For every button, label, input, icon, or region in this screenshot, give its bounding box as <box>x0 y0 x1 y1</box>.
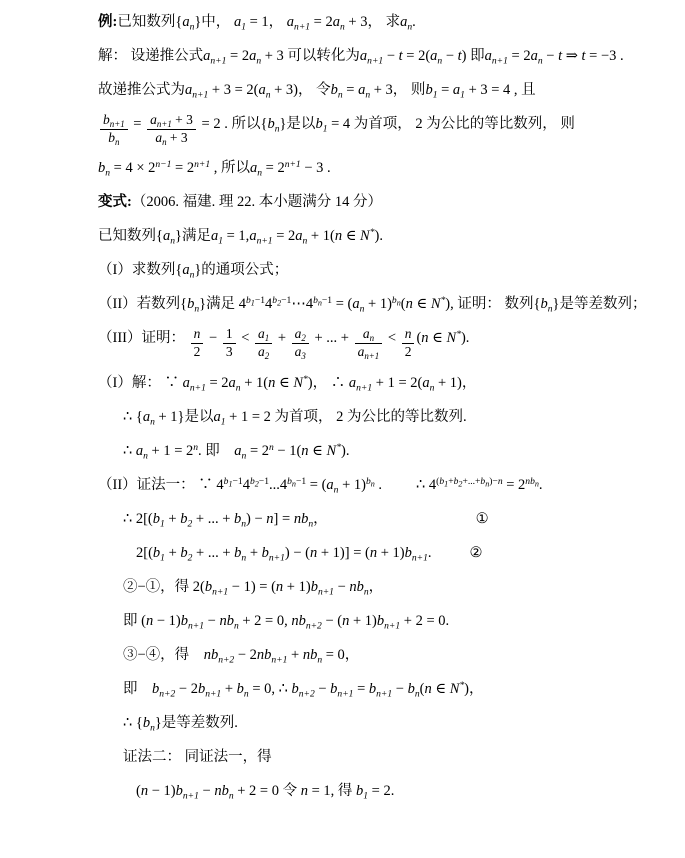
text-run: = ( <box>306 477 326 493</box>
superscript: n+1 <box>285 159 301 170</box>
math-variable: b <box>291 681 298 697</box>
fraction: a2a3 <box>292 326 309 361</box>
text-run: = 2 <box>262 160 285 176</box>
fraction-denominator: 2 <box>191 344 204 361</box>
text-run: = −3 . <box>586 48 624 64</box>
text-run: + 3 <box>167 130 188 145</box>
superscript: n−1 <box>155 159 171 170</box>
part2-proof1-line3: 即 (n − 1)bn+1 − nbn + 2 = 0, nbn+2 − (n … <box>123 609 685 634</box>
text-run: + 1 = 2 <box>148 443 193 459</box>
text-run: ② <box>469 545 482 561</box>
text-run: + 1 = 2 为首项， 2 为公比的等比数列. <box>226 409 467 425</box>
text-run: ] = <box>274 511 294 527</box>
subscript: n <box>115 137 119 147</box>
subscript: n+1 <box>188 621 204 632</box>
text-run: ... <box>269 477 280 493</box>
text-run: + 3 = 4 , 且 <box>465 82 536 98</box>
text-run: − <box>204 613 219 629</box>
text-run: 解： 设递推公式 <box>98 48 203 64</box>
subscript: n+1 <box>356 383 372 394</box>
superscript: bn <box>366 476 375 487</box>
text-run: ). <box>461 330 469 346</box>
text-run: + 1( <box>241 375 269 391</box>
text-run: ① <box>476 511 489 527</box>
text-run: = 4 为首项， 2 为公比的等比数列， 则 <box>327 116 574 132</box>
math-variable: b <box>311 579 318 595</box>
math-variable: a <box>333 14 340 30</box>
superscript: n+1 <box>194 159 210 170</box>
text-run: ， <box>313 511 328 527</box>
part1-question: （I）求数列{an}的通项公式； <box>98 258 685 283</box>
subscript: n+1 <box>384 621 400 632</box>
superscript: bn <box>392 295 401 306</box>
text-run: ， <box>369 579 384 595</box>
superscript: bn−1 <box>313 295 332 306</box>
text-run: + <box>274 330 289 346</box>
part2-proof1-line1: （II）证法一： ∵ 4b1−14b2−1...4bn−1 = (an + 1)… <box>98 473 685 498</box>
math-variable: n <box>370 545 377 561</box>
text-run: ) 即 <box>462 48 485 64</box>
fraction-denominator: 3 <box>223 344 236 361</box>
solution-step-3: bn+1bn = an+1 + 3an + 3 = 2 . 所以{bn}是以b1… <box>98 112 685 147</box>
text-run: 故递推公式为 <box>98 82 185 98</box>
text-run: = 2 <box>508 48 531 64</box>
math-variable: a <box>182 14 189 30</box>
math-variable: b <box>425 82 432 98</box>
text-run: − <box>383 48 398 64</box>
text-run: 1 <box>226 326 233 341</box>
text-run: − <box>392 681 407 697</box>
text-run: ∴ 4 <box>416 477 436 493</box>
bold-label: 例: <box>98 14 117 30</box>
text-run: = 2 <box>206 375 229 391</box>
text-run: − 1) <box>153 613 181 629</box>
part3-question: （III）证明： n2 − 13 < a1a2 + a2a3 + ... + a… <box>98 326 685 361</box>
math-variable: n <box>335 228 342 244</box>
text-run: 3 <box>226 344 233 359</box>
text-run: ). <box>341 443 349 459</box>
bold-label: 变式: <box>98 194 132 210</box>
math-variable: b <box>540 296 547 312</box>
text-run: = 2 . 所以 <box>198 116 261 132</box>
math-variable: nb <box>204 647 219 663</box>
math-variable: a <box>422 375 429 391</box>
text-run: + <box>246 545 261 561</box>
fraction: a1a2 <box>255 326 272 361</box>
subscript: n+2 <box>306 621 322 632</box>
text-run: ) − ( <box>285 545 310 561</box>
text-run: . <box>375 477 382 493</box>
text-run: − <box>543 48 558 64</box>
text-run: 已知数列 <box>117 14 175 30</box>
math-variable: a <box>258 344 265 359</box>
math-variable: a <box>150 112 157 127</box>
math-variable: n <box>406 296 413 312</box>
math-variable: a <box>229 375 236 391</box>
text-run: }中， <box>194 14 234 30</box>
text-run: = 2 <box>273 228 296 244</box>
math-variable: a <box>258 326 265 341</box>
subscript: n+1 <box>364 351 379 361</box>
variant-given: 已知数列{an}满足a1 = 1,an+1 = 2an + 1(n ∈ N*). <box>98 224 685 249</box>
text-run: }是等差数列； <box>552 296 646 312</box>
text-run: . <box>428 545 432 561</box>
math-variable: N <box>360 228 370 244</box>
text-run: = 1， <box>246 14 287 30</box>
text-run: = 2 <box>246 443 269 459</box>
math-variable: nb <box>219 613 234 629</box>
text-run: （I）求数列 <box>98 262 175 278</box>
math-variable: a <box>213 409 220 425</box>
text-run: = 2( <box>403 48 431 64</box>
fraction: n2 <box>191 326 204 361</box>
subscript: n+1 <box>205 689 221 700</box>
subscript: 2 <box>265 351 269 361</box>
text-run: 2 <box>194 344 201 359</box>
math-variable: N <box>447 330 457 346</box>
text-run: − 2 <box>175 681 198 697</box>
part2-proof1-eq1: ∴ 2[(b1 + b2 + ... + bn) − n] = nbn，① <box>123 507 685 532</box>
text-run: }满足 4 <box>199 296 246 312</box>
text-run: − 2 <box>234 647 257 663</box>
variant-source: 变式:（2006. 福建. 理 22. 本小题满分 14 分） <box>98 190 685 215</box>
text-run: + <box>221 681 236 697</box>
math-variable: b <box>103 112 110 127</box>
part2-proof2-line1: (n − 1)bn+1 − nbn + 2 = 0 令 n = 1, 得 b1 … <box>136 779 685 804</box>
subscript: n+1 <box>492 55 508 66</box>
text-run: = 2. <box>368 783 394 799</box>
subscript: n+1 <box>376 689 392 700</box>
text-run: = 0， <box>322 647 359 663</box>
text-run: + 3 <box>172 112 193 127</box>
subscript: 1 <box>265 333 269 343</box>
text-run: + 1 = 2( <box>372 375 422 391</box>
text-run: < <box>384 330 399 346</box>
math-variable: a <box>326 477 333 493</box>
fraction-denominator: bn <box>100 130 128 147</box>
text-run: ∴ { <box>123 409 143 425</box>
math-variable: n <box>405 326 412 341</box>
text-run: ∴ { <box>123 715 143 731</box>
math-variable: b <box>405 545 412 561</box>
text-run: ∈ <box>275 375 293 391</box>
text-run: ∴ <box>123 443 136 459</box>
text-run: 4 <box>243 477 250 493</box>
text-run: )， ∴ <box>308 375 349 391</box>
subscript: n+2 <box>299 689 315 700</box>
math-variable: nb <box>291 613 306 629</box>
subscript: n+1 <box>271 655 287 666</box>
subscript: n+1 <box>337 689 353 700</box>
subscript: 3 <box>301 351 305 361</box>
text-run: }满足 <box>175 228 211 244</box>
text-run: −1 <box>322 295 332 306</box>
text-run: + 2 = 0 令 <box>234 783 301 799</box>
text-run: − 1( <box>274 443 302 459</box>
superscript: (b1+b2+...+bn)−n <box>436 476 502 487</box>
part2-proof1-line2: ②−①，得 2(bn+1 − 1) = (n + 1)bn+1 − nbn， <box>123 575 685 600</box>
subscript: n+1 <box>294 21 310 32</box>
math-variable: b <box>153 511 160 527</box>
text-run: （III）证明： <box>98 330 189 346</box>
fraction-numerator: a1 <box>255 326 272 344</box>
fraction: 13 <box>223 326 236 361</box>
math-variable: nb <box>294 511 309 527</box>
part2-proof1-conclusion: ∴ {bn}是等差数列. <box>123 711 685 736</box>
text-run: ) − <box>246 511 266 527</box>
text-run: （I）解： ∵ <box>98 375 183 391</box>
part1-solution-2: ∴ {an + 1}是以a1 + 1 = 2 为首项， 2 为公比的等比数列. <box>123 405 685 430</box>
fraction: an+1 + 3an + 3 <box>147 112 196 147</box>
superscript: nbn <box>525 476 539 487</box>
text-run: 即 <box>123 681 152 697</box>
text-run: （2006. 福建. 理 22. 本小题满分 14 分） <box>132 194 382 210</box>
subscript: n+1 <box>157 119 172 129</box>
math-variable: n <box>424 681 431 697</box>
text-run: ), 证明： 数列{ <box>445 296 540 312</box>
math-variable: a <box>258 82 265 98</box>
subscript: n+1 <box>412 553 428 564</box>
math-variable: a <box>287 14 294 30</box>
text-run: + <box>287 647 302 663</box>
solution-step-2: 故递推公式为an+1 + 3 = 2(an + 3)， 令bn = an + 3… <box>98 78 685 103</box>
fraction-denominator: an + 3 <box>147 130 196 147</box>
text-run: 2[( <box>136 545 153 561</box>
math-variable: a <box>531 48 538 64</box>
math-variable: nb <box>525 476 535 487</box>
math-variable: b <box>267 116 274 132</box>
text-run: + 1) <box>377 545 405 561</box>
fraction: anan+1 <box>355 326 383 361</box>
text-run: ∈ <box>413 296 431 312</box>
solution-step-1: 解： 设递推公式an+1 = 2an + 3 可以转化为an+1 − t = 2… <box>98 44 685 69</box>
part2-proof1-eq2: 2[(b1 + b2 + ... + bn + bn+1) − (n + 1)]… <box>136 541 685 566</box>
math-variable: a <box>352 296 359 312</box>
text-run: − <box>334 579 349 595</box>
fraction: bn+1bn <box>100 112 128 147</box>
math-variable: b <box>331 82 338 98</box>
text-run: + 1( <box>307 228 335 244</box>
text-run: < <box>238 330 253 346</box>
subscript: n+1 <box>212 587 228 598</box>
text-run: ③−④，得 <box>123 647 204 663</box>
fraction-denominator: an+1 <box>355 344 383 361</box>
text-run: { <box>156 228 163 244</box>
part2-question: （II）若数列{bn}满足 4b1−14b2−1⋯4bn−1 = (an + 1… <box>98 292 685 317</box>
text-run: （II）证法一： ∵ 4 <box>98 477 224 493</box>
text-run: . 即 <box>198 443 234 459</box>
subscript: n+2 <box>159 689 175 700</box>
text-run: ). <box>375 228 383 244</box>
text-run: + 1)] = ( <box>317 545 370 561</box>
subscript: 2 <box>301 333 305 343</box>
text-run: . <box>539 477 543 493</box>
text-run: . <box>412 14 416 30</box>
fraction-numerator: a2 <box>292 326 309 344</box>
math-variable: b <box>143 715 150 731</box>
part2-proof2-intro: 证法二： 同证法一，得 <box>123 745 685 770</box>
math-variable: a <box>183 375 190 391</box>
subscript: n+1 <box>183 791 199 802</box>
text-run: + 2 = 0. <box>400 613 449 629</box>
text-run: 证法二： 同证法一，得 <box>123 749 272 765</box>
subscript: n+1 <box>110 119 125 129</box>
text-run: + 3)， 令 <box>270 82 330 98</box>
text-run: ∴ 2[( <box>123 511 153 527</box>
document-body: 例:已知数列{an}中， a1 = 1， an+1 = 2an + 3， 求an… <box>98 10 685 804</box>
text-run: = 2 <box>310 14 333 30</box>
math-variable: nb <box>257 647 272 663</box>
text-run: = 2 <box>226 48 249 64</box>
text-run: = 2 <box>503 477 526 493</box>
math-variable: b <box>315 116 322 132</box>
text-run: }的通项公式； <box>194 262 288 278</box>
superscript: b1−1 <box>246 295 265 306</box>
math-variable: a <box>182 262 189 278</box>
math-variable: N <box>450 681 460 697</box>
text-run: ∈ <box>342 228 360 244</box>
superscript: b2−1 <box>272 295 291 306</box>
text-run: + <box>165 511 180 527</box>
math-variable: b <box>408 681 415 697</box>
document-page: 例:已知数列{an}中， a1 = 1， an+1 = 2an + 3， 求an… <box>0 0 685 804</box>
text-run: }是等差数列. <box>155 715 238 731</box>
math-variable: a <box>249 228 256 244</box>
math-variable: n <box>194 326 201 341</box>
text-run: )， <box>464 681 483 697</box>
subscript: n+1 <box>367 55 383 66</box>
math-variable: N <box>431 296 441 312</box>
text-run: = <box>343 82 358 98</box>
text-run: −1 <box>296 476 306 487</box>
math-variable: n <box>141 783 148 799</box>
math-variable: b <box>108 130 115 145</box>
text-run: + 1)， <box>434 375 476 391</box>
text-run: + 1) <box>338 477 366 493</box>
math-variable: b <box>180 545 187 561</box>
math-variable: a <box>295 228 302 244</box>
math-variable: b <box>237 681 244 697</box>
text-run: −1 <box>281 295 291 306</box>
text-run: − ( <box>322 613 342 629</box>
math-variable: a <box>485 48 492 64</box>
math-variable: b <box>262 545 269 561</box>
text-run: 已知数列 <box>98 228 156 244</box>
text-run: ∈ <box>432 681 450 697</box>
example-problem: 例:已知数列{an}中， a1 = 1， an+1 = 2an + 3， 求an… <box>98 10 685 35</box>
text-run: − 1) = ( <box>228 579 276 595</box>
text-run: = ( <box>332 296 352 312</box>
text-run: + 2 = 0, <box>239 613 292 629</box>
text-run: = <box>353 681 368 697</box>
text-run: − 1) <box>148 783 176 799</box>
part1-solution-1: （I）解： ∵ an+1 = 2an + 1(n ∈ N*)， ∴ an+1 +… <box>98 371 685 396</box>
math-variable: a <box>234 443 241 459</box>
text-run: = 0, ∴ <box>249 681 292 697</box>
text-run: + ... + <box>311 330 353 346</box>
superscript: bn−1 <box>287 476 306 487</box>
text-run: − <box>442 48 457 64</box>
solution-step-4: bn = 4 × 2n−1 = 2n+1 , 所以an = 2n+1 − 3 . <box>98 156 685 181</box>
fraction-numerator: bn+1 <box>100 112 128 130</box>
fraction-numerator: an <box>355 326 383 344</box>
math-variable: nb <box>349 579 364 595</box>
subscript: n <box>370 333 374 343</box>
subscript: n+1 <box>190 383 206 394</box>
fraction-numerator: an+1 + 3 <box>147 112 196 130</box>
text-run: + 1) <box>283 579 311 595</box>
text-run: = <box>130 116 145 132</box>
text-run: + 1) <box>349 613 377 629</box>
text-run: ②−①，得 2( <box>123 579 205 595</box>
subscript: n+1 <box>269 553 285 564</box>
text-run: = 1, <box>223 228 249 244</box>
text-run: + ... + <box>192 511 234 527</box>
text-run: 即 ( <box>123 613 146 629</box>
text-run: −1 <box>259 476 269 487</box>
text-run: + ... + <box>192 545 234 561</box>
superscript: b1−1 <box>224 476 243 487</box>
text-run: ⋯4 <box>291 296 313 312</box>
text-run: = 1, 得 <box>308 783 356 799</box>
text-run: + 3 = 2( <box>208 82 258 98</box>
text-run: ∈ <box>429 330 447 346</box>
text-run: 2 <box>405 344 412 359</box>
math-variable: n <box>266 511 273 527</box>
fraction-denominator: 2 <box>402 344 415 361</box>
subscript: n+2 <box>218 655 234 666</box>
fraction-numerator: n <box>191 326 204 344</box>
text-run: + 1}是以 <box>155 409 214 425</box>
subscript: n+1 <box>257 236 273 247</box>
text-run: , 所以 <box>210 160 250 176</box>
text-run: − <box>205 330 220 346</box>
math-variable: n <box>301 443 308 459</box>
subscript: n+1 <box>318 587 334 598</box>
text-run: + 1) <box>364 296 392 312</box>
fraction-denominator: a3 <box>292 344 309 361</box>
fraction-numerator: 1 <box>223 326 236 344</box>
text-run: − <box>315 681 330 697</box>
text-run: + 3， 求 <box>345 14 400 30</box>
text-run: + 3， 则 <box>370 82 425 98</box>
fraction: n2 <box>402 326 415 361</box>
text-run: = 4 × 2 <box>110 160 155 176</box>
math-variable: n <box>301 783 308 799</box>
part2-proof1-line5: 即 bn+2 − 2bn+1 + bn = 0, ∴ bn+2 − bn+1 =… <box>123 677 685 702</box>
fraction-numerator: n <box>402 326 415 344</box>
part1-solution-3: ∴ an + 1 = 2n. 即 an = 2n − 1(n ∈ N*). <box>123 439 685 464</box>
text-run: ⇒ <box>562 48 581 64</box>
superscript: b2−1 <box>250 476 269 487</box>
math-variable: nb <box>303 647 318 663</box>
text-run: = 2 <box>171 160 194 176</box>
text-run: )− <box>489 476 498 487</box>
part2-proof1-line4: ③−④，得 nbn+2 − 2nbn+1 + nbn = 0， <box>123 643 685 668</box>
subscript: n+1 <box>210 55 226 66</box>
text-run: = <box>437 82 452 98</box>
math-variable: n <box>421 330 428 346</box>
text-run: （II）若数列{ <box>98 296 187 312</box>
text-run: + 3 可以转化为 <box>261 48 360 64</box>
math-variable: a <box>363 326 370 341</box>
math-variable: N <box>293 375 303 391</box>
math-variable: b <box>176 783 183 799</box>
text-run: }是以 <box>279 116 315 132</box>
math-variable: N <box>327 443 337 459</box>
text-run: +...+ <box>462 476 480 487</box>
subscript: n+1 <box>192 89 208 100</box>
